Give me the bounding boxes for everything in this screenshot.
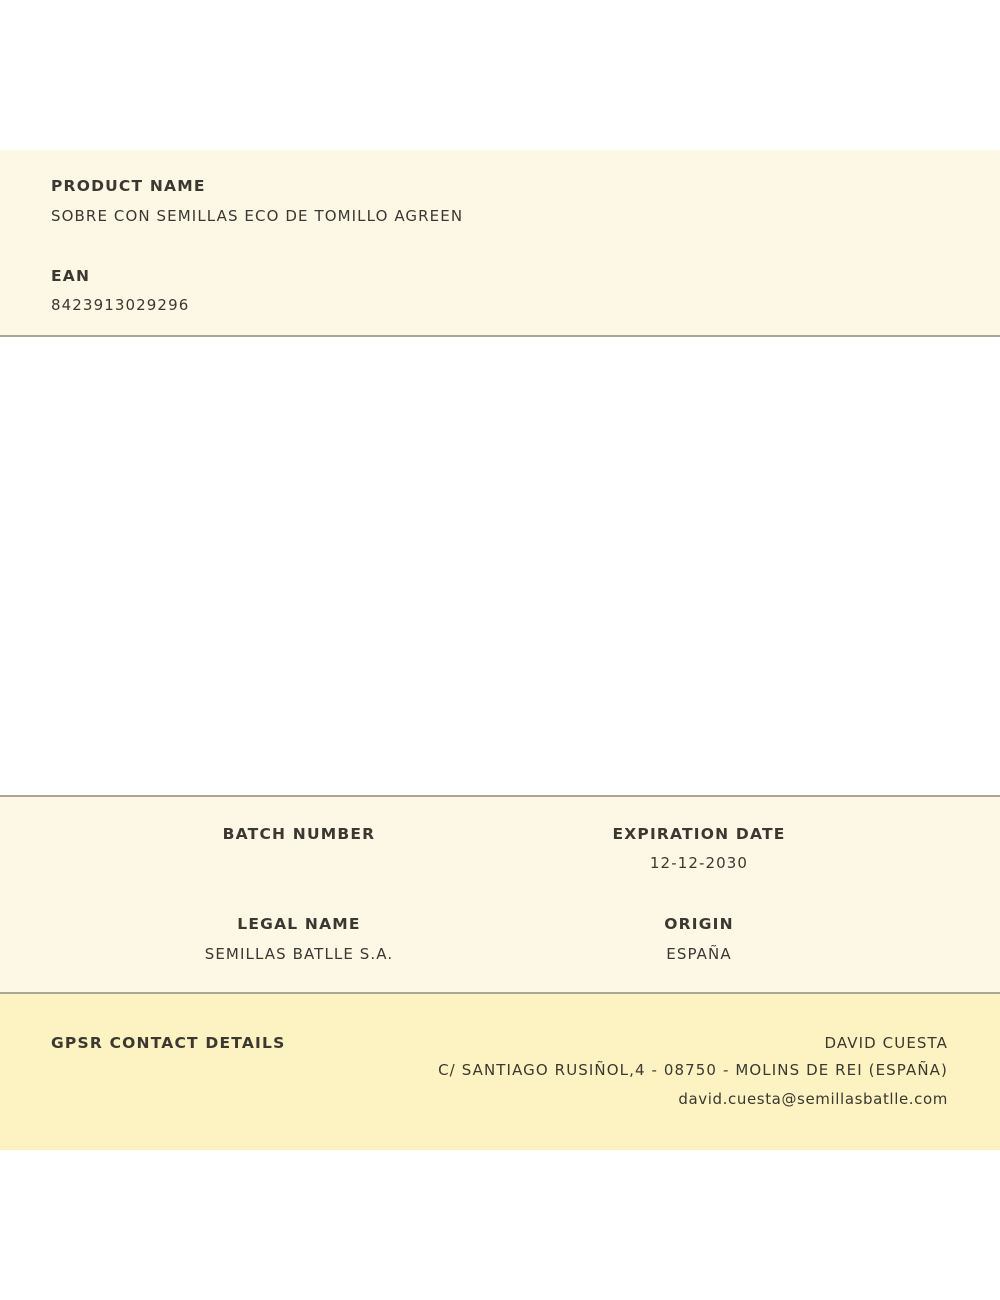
origin-value: ESPAÑA xyxy=(666,945,731,963)
product-info-section: PRODUCT NAME SOBRE CON SEMILLAS ECO DE T… xyxy=(0,150,1000,337)
ean-value: 8423913029296 xyxy=(51,296,189,314)
contact-address: C/ SANTIAGO RUSIÑOL,4 - 08750 - MOLINS D… xyxy=(438,1061,948,1079)
gpsr-contact-section: GPSR CONTACT DETAILS DAVID CUESTA C/ SAN… xyxy=(0,994,1000,1150)
gpsr-contact-label: GPSR CONTACT DETAILS xyxy=(51,1034,285,1052)
ean-label: EAN xyxy=(51,267,90,285)
product-name-label: PRODUCT NAME xyxy=(51,177,206,195)
batch-number-label: BATCH NUMBER xyxy=(223,825,376,843)
contact-name: DAVID CUESTA xyxy=(824,1034,948,1052)
legal-name-value: SEMILLAS BATLLE S.A. xyxy=(205,945,394,963)
expiration-date-label: EXPIRATION DATE xyxy=(612,825,785,843)
product-name-value: SOBRE CON SEMILLAS ECO DE TOMILLO AGREEN xyxy=(51,207,463,225)
origin-label: ORIGIN xyxy=(664,915,734,933)
expiration-date-value: 12-12-2030 xyxy=(650,854,748,872)
legal-name-label: LEGAL NAME xyxy=(237,915,360,933)
contact-email[interactable]: david.cuesta@semillasbatlle.com xyxy=(678,1090,948,1108)
batch-details-section: BATCH NUMBER EXPIRATION DATE 12-12-2030 … xyxy=(0,795,1000,994)
